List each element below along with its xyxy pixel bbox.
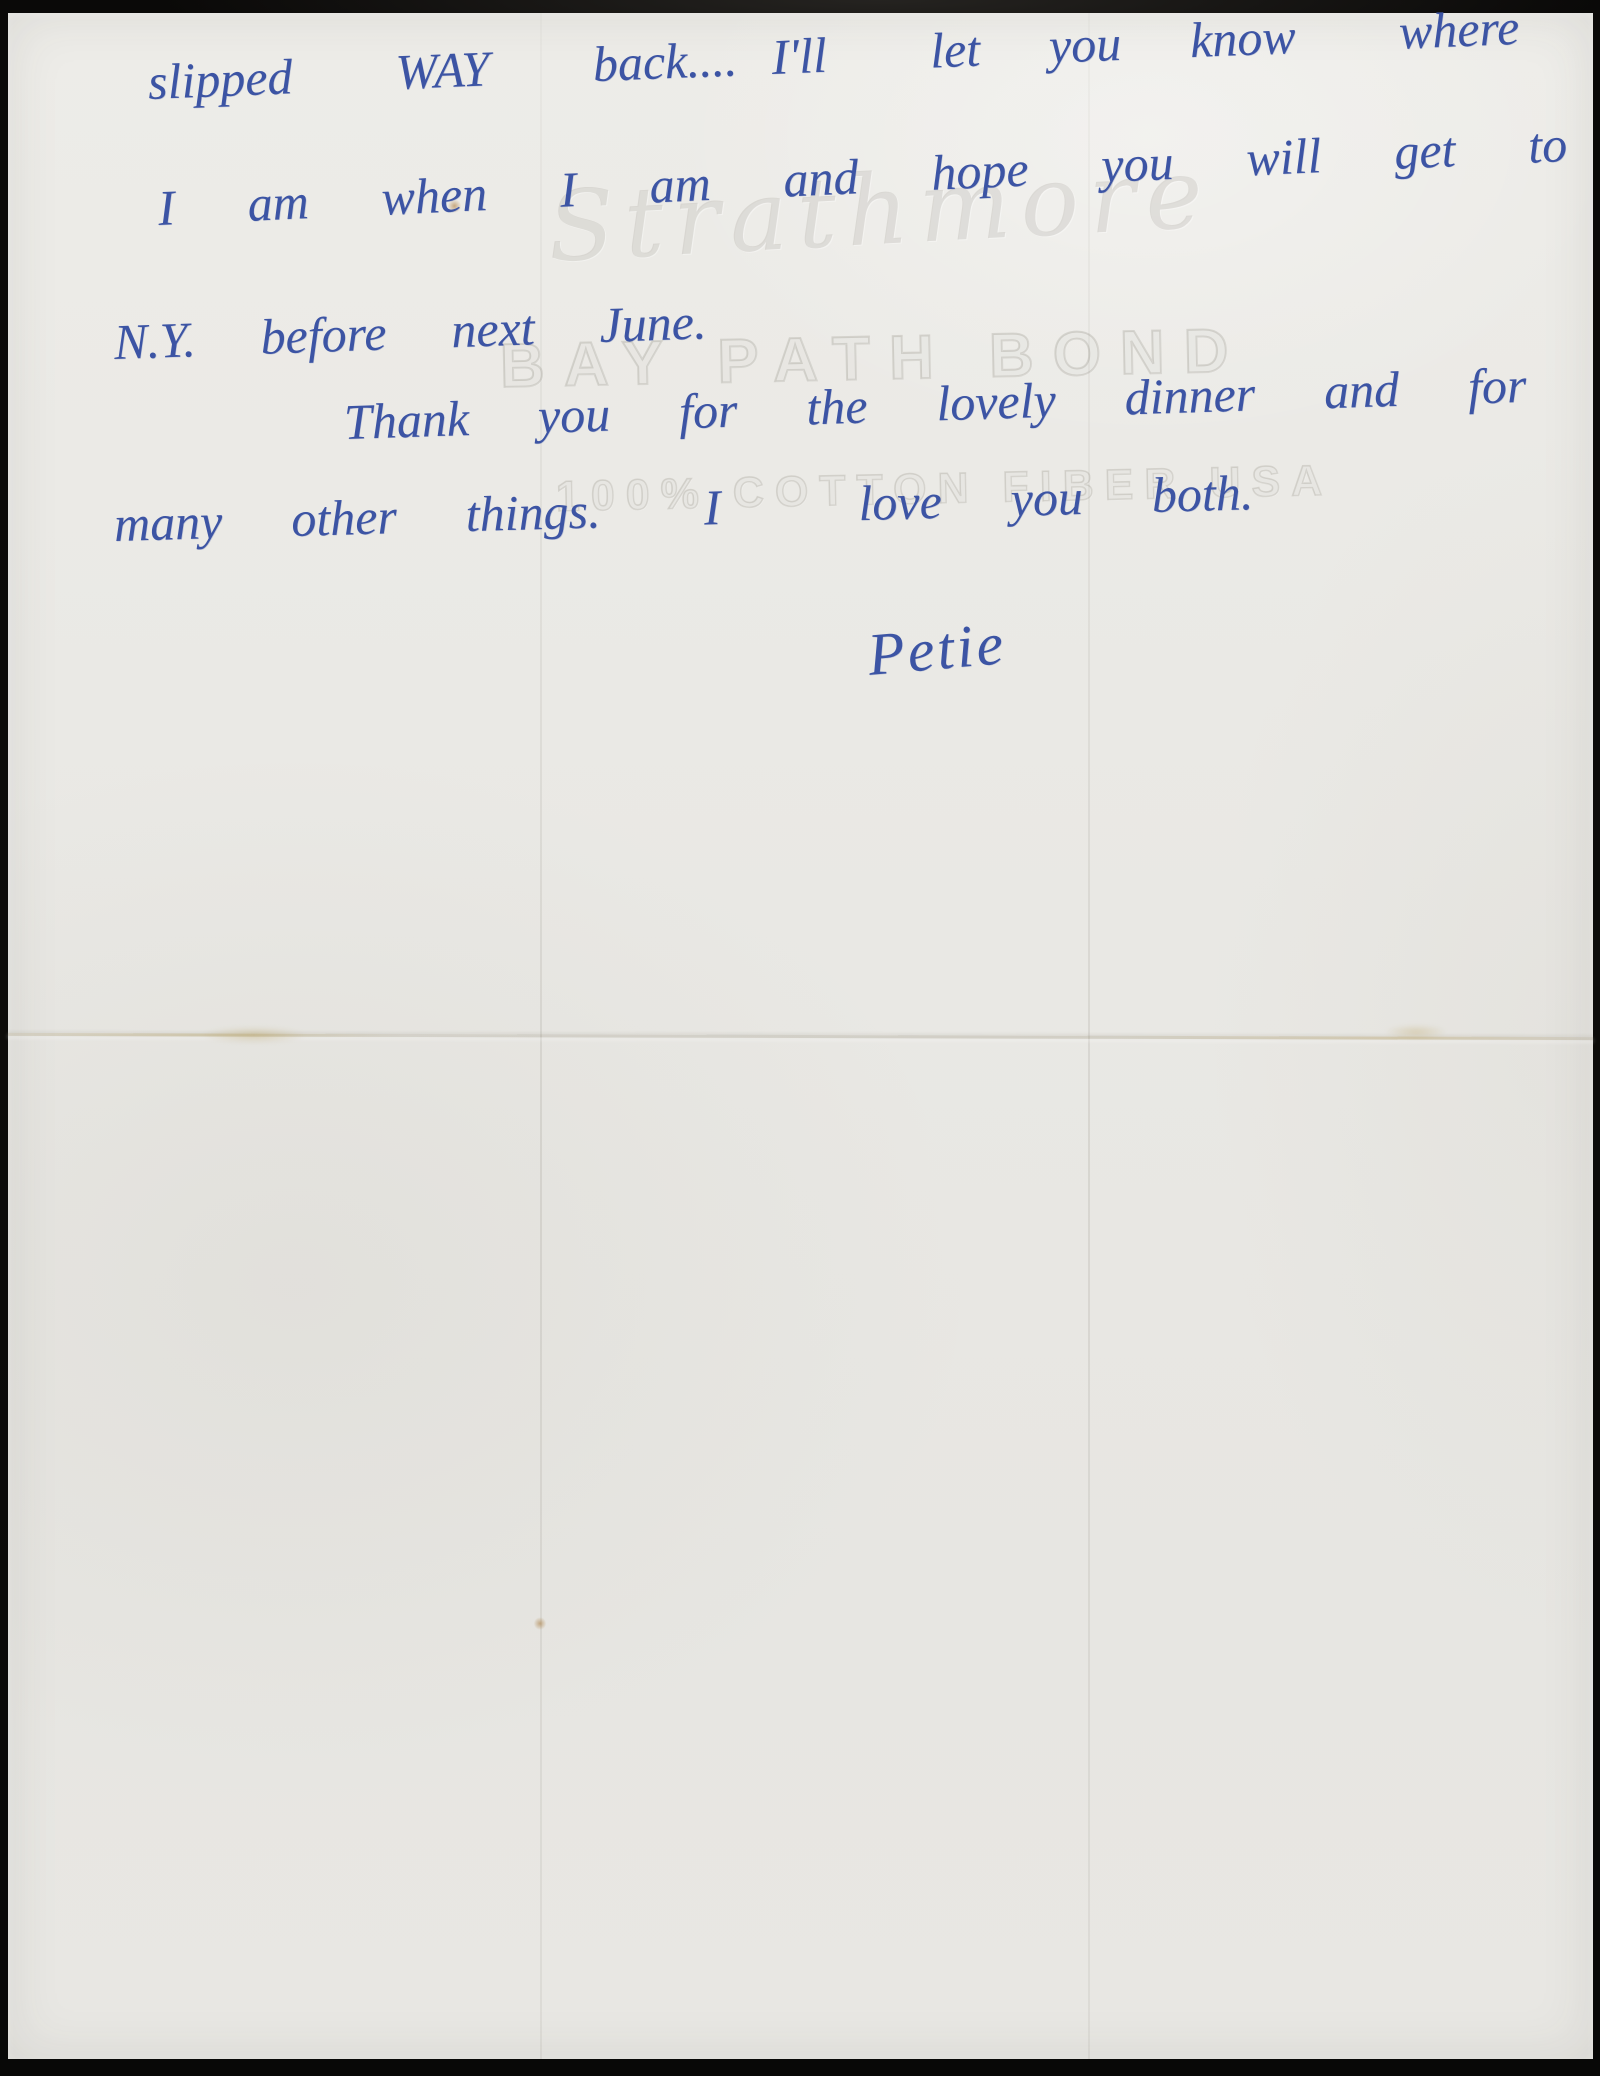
crease-stain-right — [1386, 1025, 1446, 1039]
scanned-letter-scene: Strathmore BAY PATH BOND 100% COTTON FIB… — [0, 0, 1600, 2076]
crease-stain-left — [204, 1027, 304, 1043]
handwritten-line-1: slipped WAY back.... I'll let you know w… — [147, 0, 1520, 111]
signature-petie: Petie — [865, 609, 1009, 690]
paper-sheet: Strathmore BAY PATH BOND 100% COTTON FIB… — [8, 13, 1593, 2059]
stain-spot-bottom — [534, 1617, 546, 1630]
